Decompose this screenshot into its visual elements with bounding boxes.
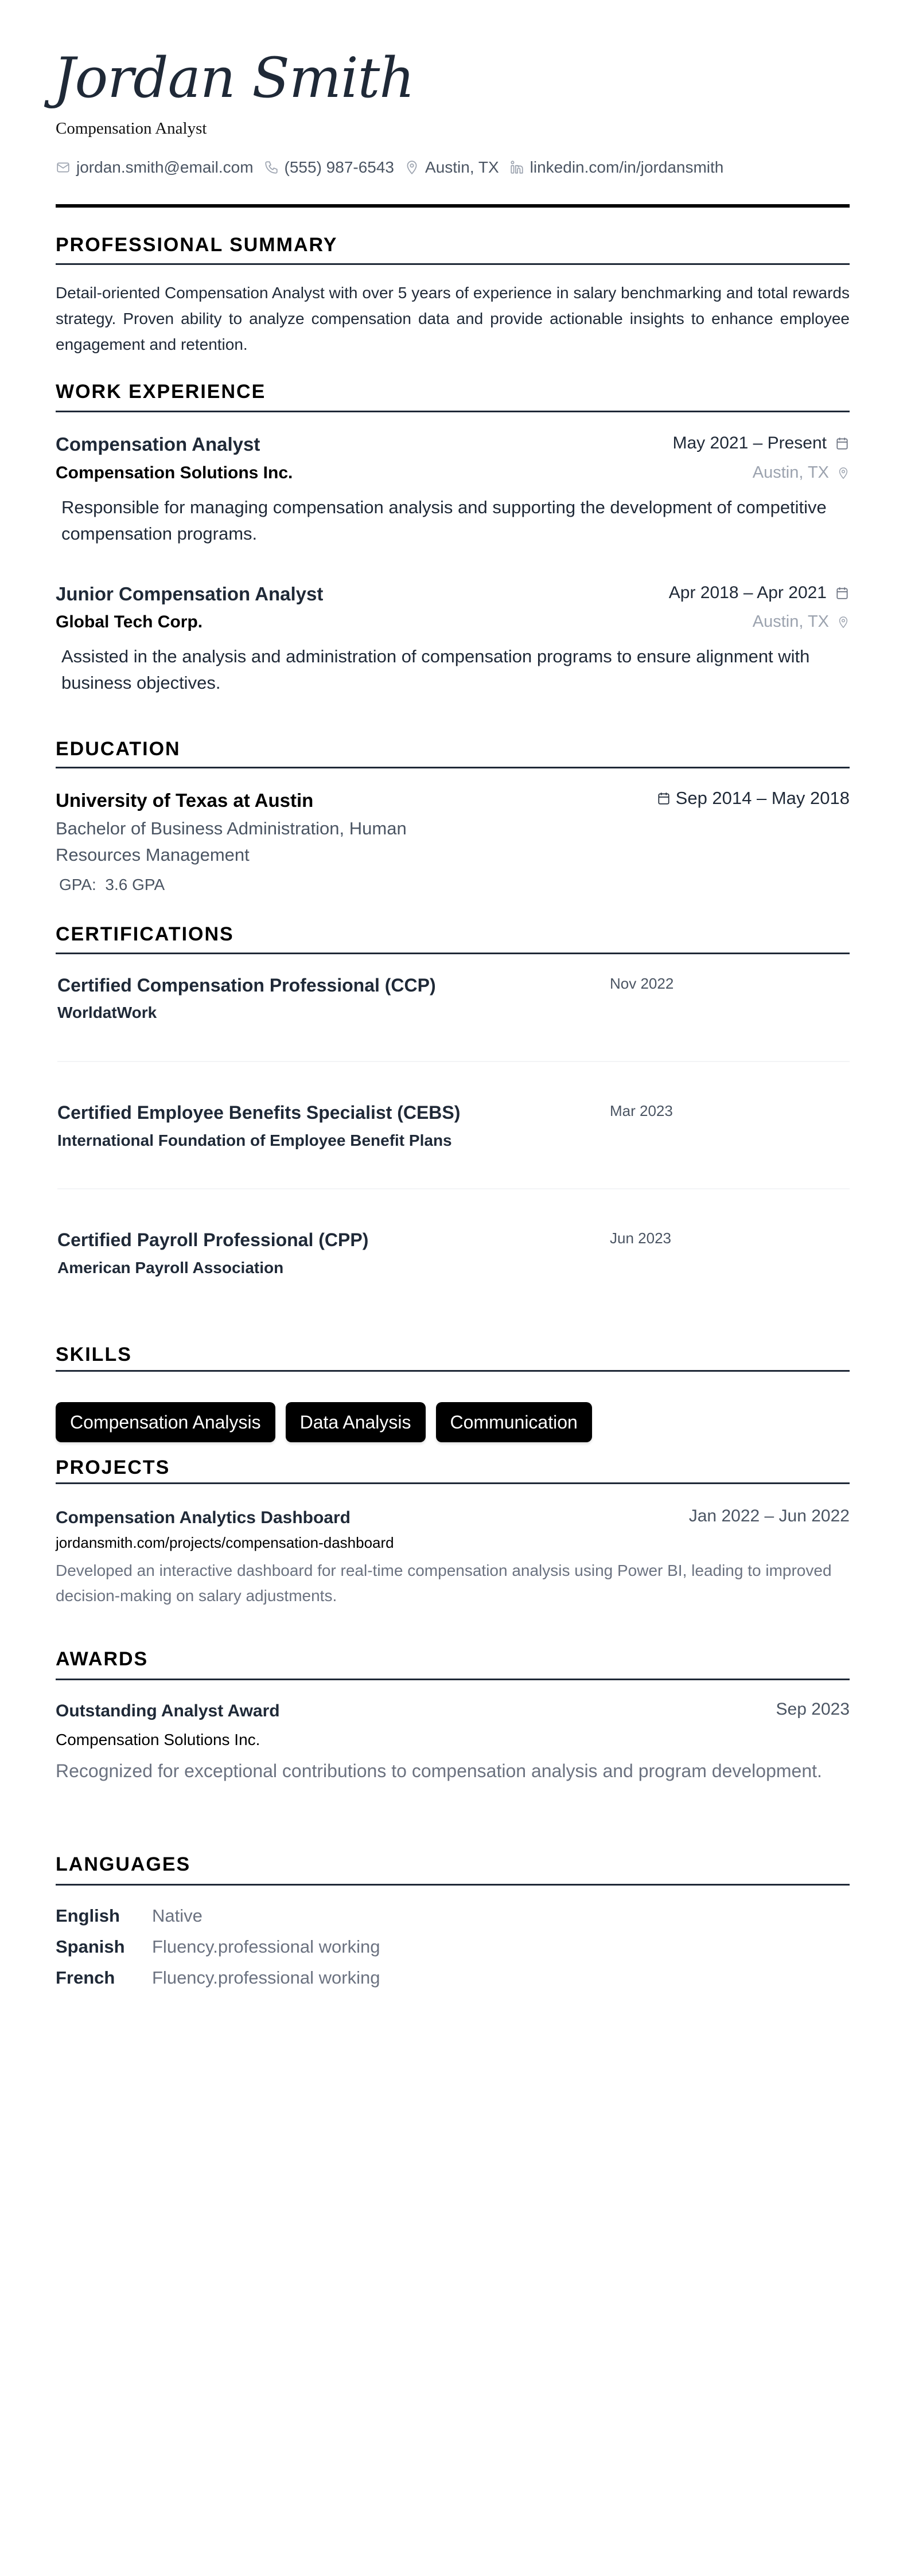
map-pin-icon	[837, 615, 850, 630]
contact-email-text: jordan.smith@email.com	[76, 158, 254, 177]
project-description: Developed an interactive dashboard for r…	[56, 1558, 850, 1609]
section-title-education: EDUCATION	[56, 738, 181, 760]
contact-email[interactable]: jordan.smith@email.com	[56, 158, 254, 177]
job-description: Assisted in the analysis and administrat…	[61, 643, 850, 696]
section-divider	[56, 767, 850, 768]
section-title-experience: WORK EXPERIENCE	[56, 381, 266, 403]
education-school: University of Texas at Austin	[56, 790, 313, 811]
award-issuer: Compensation Solutions Inc.	[56, 1731, 260, 1749]
job-location: Austin, TX	[753, 463, 850, 482]
job-company: Compensation Solutions Inc.	[56, 463, 293, 483]
skills-list: Compensation Analysis Data Analysis Comm…	[56, 1402, 602, 1442]
map-pin-icon	[837, 466, 850, 481]
education-degree: Bachelor of Business Administration, Hum…	[56, 815, 492, 868]
certification-name: Certified Employee Benefits Specialist (…	[57, 1102, 460, 1123]
summary-text: Detail-oriented Compensation Analyst wit…	[56, 280, 850, 357]
calendar-icon	[656, 791, 671, 806]
language-item: French Fluency.professional working	[56, 1968, 380, 1988]
skill-chip: Compensation Analysis	[56, 1402, 275, 1442]
language-level: Native	[152, 1906, 203, 1926]
job-company: Global Tech Corp.	[56, 612, 203, 632]
section-divider	[56, 1482, 850, 1484]
contact-linkedin-text: linkedin.com/in/jordansmith	[530, 158, 724, 177]
section-divider	[56, 1679, 850, 1680]
phone-icon	[264, 160, 279, 175]
contact-location: Austin, TX	[404, 158, 499, 177]
calendar-icon	[835, 586, 850, 600]
education-gpa: GPA: 3.6 GPA	[59, 876, 165, 894]
gpa-label: GPA:	[59, 876, 96, 893]
job-location: Austin, TX	[753, 612, 850, 631]
language-level: Fluency.professional working	[152, 1937, 380, 1957]
language-item: English Native	[56, 1906, 203, 1926]
certification-issuer: American Payroll Association	[57, 1259, 283, 1277]
section-title-languages: LANGUAGES	[56, 1853, 190, 1876]
certification-issuer: WorldatWork	[57, 1004, 157, 1022]
mail-icon	[56, 160, 71, 175]
job-description: Responsible for managing compensation an…	[61, 494, 850, 547]
certification-divider	[57, 1188, 850, 1189]
section-title-awards: AWARDS	[56, 1648, 148, 1671]
section-title-skills: SKILLS	[56, 1344, 132, 1366]
certification-date: Mar 2023	[610, 1102, 673, 1120]
job-dates: May 2021 – Present	[673, 434, 850, 453]
section-divider	[56, 1370, 850, 1372]
job-location-text: Austin, TX	[753, 463, 829, 482]
calendar-icon	[835, 436, 850, 451]
header-divider	[56, 204, 850, 208]
job-dates-text: May 2021 – Present	[673, 434, 827, 453]
award-name: Outstanding Analyst Award	[56, 1701, 280, 1721]
gpa-value: 3.6 GPA	[105, 876, 165, 893]
job-dates-text: Apr 2018 – Apr 2021	[669, 583, 827, 603]
project-name: Compensation Analytics Dashboard	[56, 1508, 351, 1528]
map-pin-icon	[404, 160, 419, 175]
certification-issuer: International Foundation of Employee Ben…	[57, 1131, 452, 1150]
contact-bar: jordan.smith@email.com (555) 987-6543 Au…	[56, 158, 734, 177]
certification-name: Certified Compensation Professional (CCP…	[57, 975, 436, 996]
language-level: Fluency.professional working	[152, 1968, 380, 1988]
job-title: Junior Compensation Analyst	[56, 583, 323, 605]
education-dates-text: Sep 2014 – May 2018	[676, 788, 850, 809]
certification-date: Nov 2022	[610, 975, 673, 993]
certification-divider	[57, 1061, 850, 1062]
education-dates: Sep 2014 – May 2018	[656, 788, 850, 809]
job-title: Compensation Analyst	[56, 434, 260, 455]
section-divider	[56, 263, 850, 265]
project-dates: Jan 2022 – Jun 2022	[689, 1506, 850, 1526]
contact-location-text: Austin, TX	[425, 158, 499, 177]
certification-date: Jun 2023	[610, 1230, 671, 1247]
section-divider	[56, 953, 850, 954]
contact-phone-text: (555) 987-6543	[285, 158, 394, 177]
language-name: French	[56, 1968, 152, 1988]
section-title-projects: PROJECTS	[56, 1457, 170, 1479]
project-link[interactable]: jordansmith.com/projects/compensation-da…	[56, 1534, 394, 1552]
section-divider	[56, 1884, 850, 1886]
candidate-headline: Compensation Analyst	[56, 119, 207, 138]
job-location-text: Austin, TX	[753, 612, 829, 631]
skill-chip: Data Analysis	[286, 1402, 426, 1442]
contact-phone[interactable]: (555) 987-6543	[264, 158, 394, 177]
certification-name: Certified Payroll Professional (CPP)	[57, 1230, 368, 1251]
skill-chip: Communication	[436, 1402, 592, 1442]
contact-linkedin[interactable]: linkedin.com/in/jordansmith	[509, 158, 724, 177]
award-date: Sep 2023	[776, 1700, 850, 1719]
section-title-certifications: CERTIFICATIONS	[56, 923, 234, 946]
candidate-name: Jordan Smith	[53, 50, 414, 106]
job-dates: Apr 2018 – Apr 2021	[669, 583, 850, 603]
language-name: English	[56, 1906, 152, 1926]
language-name: Spanish	[56, 1937, 152, 1957]
linkedin-icon	[509, 160, 524, 175]
section-divider	[56, 411, 850, 412]
award-description: Recognized for exceptional contributions…	[56, 1761, 859, 1782]
language-item: Spanish Fluency.professional working	[56, 1937, 380, 1957]
section-title-summary: PROFESSIONAL SUMMARY	[56, 234, 337, 256]
